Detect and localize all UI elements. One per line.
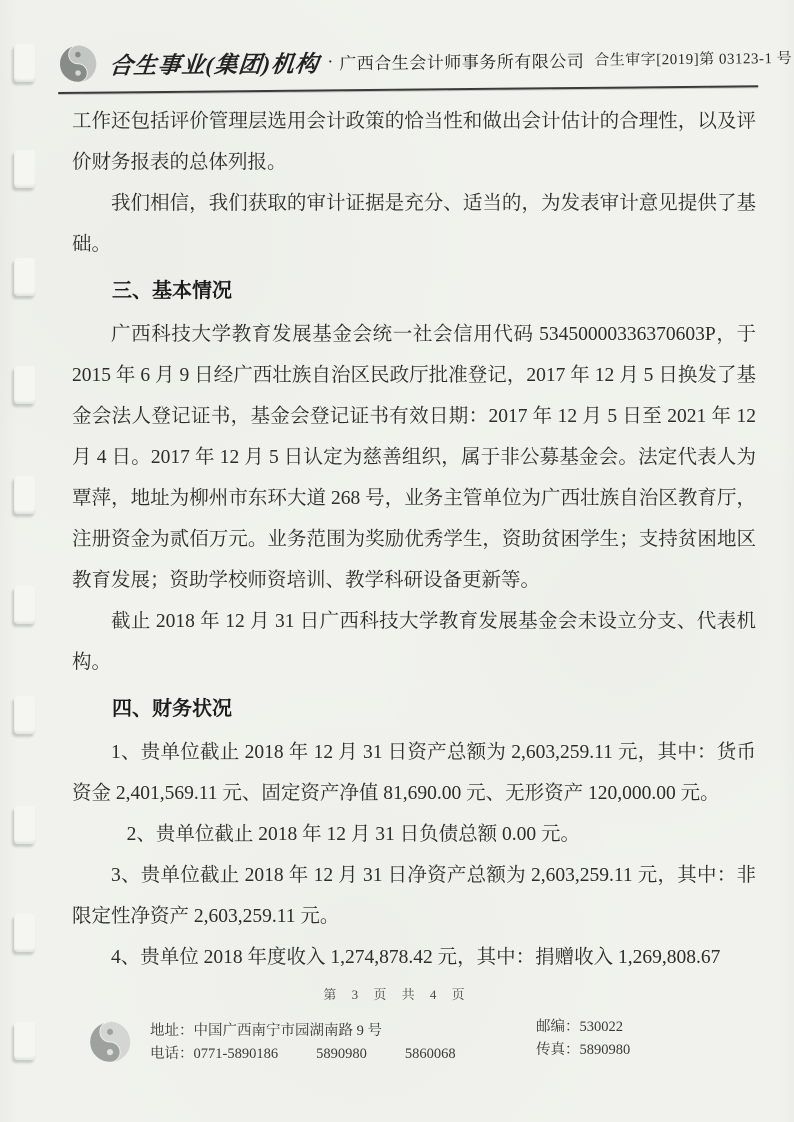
binder-hole-mark <box>14 696 36 734</box>
footer-address-line: 地址：中国广西南宁市园湖南路 9 号 <box>150 1020 456 1043</box>
phone-label: 电话： <box>150 1046 194 1062</box>
phone-number: 5890980 <box>316 1046 367 1062</box>
firm-swirl-logo-icon <box>58 44 98 84</box>
binder-hole-mark <box>14 150 36 188</box>
binder-hole-mark <box>14 366 36 404</box>
fax-label: 传真： <box>536 1042 580 1058</box>
postal-value: 530022 <box>580 1019 624 1035</box>
finance-item-total-assets: 1、贵单位截止 2018 年 12 月 31 日资产总额为 2,603,259.… <box>72 732 756 814</box>
firm-group-script-name: 合生事业(集团)机构 <box>108 45 320 80</box>
postal-label: 邮编： <box>536 1019 580 1035</box>
footer-postal-line: 邮编：530022 <box>536 1016 630 1039</box>
audit-document-number: 合生审字[2019]第 03123-1 号 <box>584 46 792 69</box>
firm-swirl-logo-icon-footer <box>88 1020 132 1064</box>
firm-name: 广西合生会计师事务所有限公司 <box>339 46 584 73</box>
fax-value: 5890980 <box>580 1042 631 1058</box>
address-label: 地址： <box>150 1023 194 1039</box>
page-number: 第 3 页 共 4 页 <box>0 984 794 1003</box>
phone-number: 0771-5890186 <box>194 1046 279 1062</box>
footer-address-phone-block: 地址：中国广西南宁市园湖南路 9 号 电话：0771-5890186589098… <box>150 1020 456 1066</box>
binder-hole-mark <box>14 258 36 296</box>
finance-item-annual-income: 4、贵单位 2018 年度收入 1,274,878.42 元，其中：捐赠收入 1… <box>72 937 756 978</box>
paragraph-scope-continuation: 工作还包括评价管理层选用会计政策的恰当性和做出会计估计的合理性，以及评价财务报表… <box>72 101 756 183</box>
letterhead: 合生事业(集团)机构 · 广西合生会计师事务所有限公司 合生审字[2019]第 … <box>58 37 758 94</box>
paragraph-audit-evidence-belief: 我们相信，我们获取的审计证据是充分、适当的，为发表审计意见提供了基础。 <box>72 183 756 265</box>
binder-hole-mark <box>14 586 36 624</box>
report-body: 工作还包括评价管理层选用会计政策的恰当性和做出会计估计的合理性，以及评价财务报表… <box>72 101 756 978</box>
scanned-audit-report-page: 合生事业(集团)机构 · 广西合生会计师事务所有限公司 合生审字[2019]第 … <box>0 0 794 1122</box>
footer-fax-line: 传真：5890980 <box>536 1039 630 1062</box>
paragraph-foundation-registration-info: 广西科技大学教育发展基金会统一社会信用代码 53450000336370603P… <box>72 314 756 601</box>
section-heading-basic-situation: 三、基本情况 <box>72 271 756 312</box>
footer-postal-fax-block: 邮编：530022 传真：5890980 <box>536 1016 630 1062</box>
binder-hole-mark <box>14 1022 36 1060</box>
phone-number: 5860068 <box>405 1046 456 1062</box>
binder-hole-mark <box>14 806 36 844</box>
binder-hole-mark <box>14 44 36 82</box>
binder-hole-mark <box>14 476 36 514</box>
binder-hole-mark <box>14 914 36 952</box>
section-heading-financial-status: 四、财务状况 <box>72 689 756 730</box>
paragraph-no-branches: 截止 2018 年 12 月 31 日广西科技大学教育发展基金会未设立分支、代表… <box>72 601 756 683</box>
letterfoot: 地址：中国广西南宁市园湖南路 9 号 电话：0771-5890186589098… <box>88 1020 758 1080</box>
finance-item-total-liabilities: 2、贵单位截止 2018 年 12 月 31 日负债总额 0.00 元。 <box>72 814 756 855</box>
footer-phone-line: 电话：0771-589018658909805860068 <box>150 1043 456 1066</box>
address-value: 中国广西南宁市园湖南路 9 号 <box>194 1023 383 1039</box>
name-separator-dot: · <box>327 51 333 72</box>
finance-item-net-assets: 3、贵单位截止 2018 年 12 月 31 日净资产总额为 2,603,259… <box>72 855 756 937</box>
